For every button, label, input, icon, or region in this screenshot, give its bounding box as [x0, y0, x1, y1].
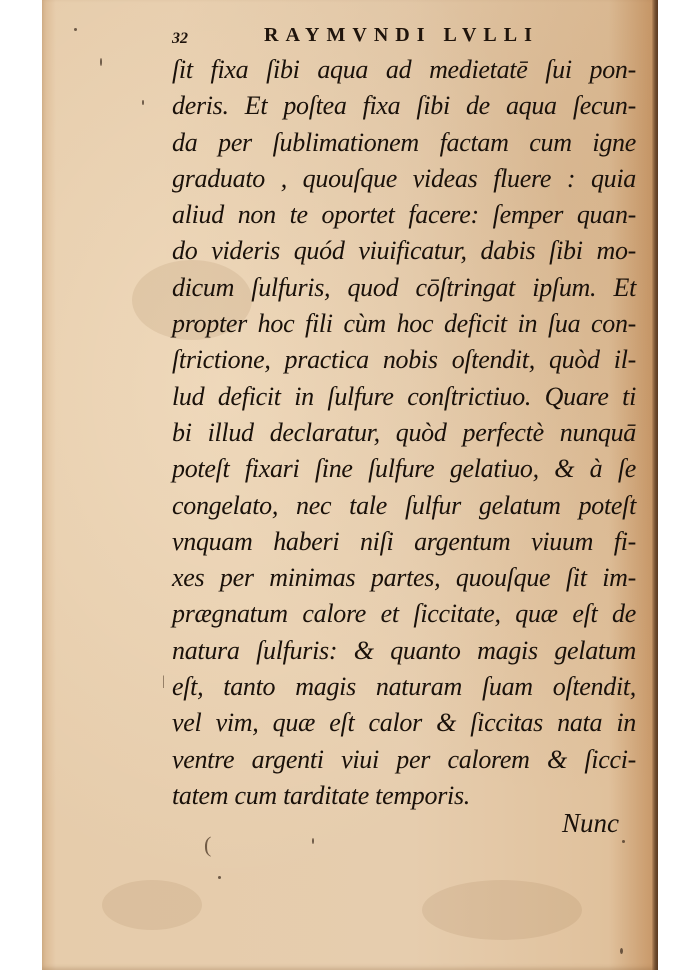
- text-line: natura ſulfuris: & quanto magis gelatum: [172, 633, 636, 669]
- text-line: vel vim, quæ eſt calor & ſiccitas nata i…: [172, 705, 636, 741]
- text-line: graduato , quouſque videas fluere : quia: [172, 161, 636, 197]
- text-line: do videris quód viuificatur, dabis ſibi …: [172, 233, 636, 269]
- margin-mark: |: [162, 674, 165, 690]
- paper-speck: [218, 876, 221, 879]
- scan-viewport: ( | 32 RAYMVNDI LVLLI ſit fixa ſibi aqua…: [0, 0, 690, 976]
- paper-speck: [312, 838, 314, 844]
- catchword: Nunc: [562, 808, 619, 839]
- text-line: dicum ſulfuris, quod cōſtringat ipſum. E…: [172, 270, 636, 306]
- page-number: 32: [172, 30, 188, 48]
- text-line: ventre argenti viui per calorem & ſicci-: [172, 742, 636, 778]
- text-line: ſtrictione, practica nobis oſtendit, quò…: [172, 342, 636, 378]
- text-line: propter hoc fili cùm hoc deficit in ſua …: [172, 306, 636, 342]
- text-line: xes per minimas partes, quouſque ſit im-: [172, 560, 636, 596]
- text-line: bi illud declaratur, quòd perfectè nunqu…: [172, 415, 636, 451]
- text-line: ſit fixa ſibi aqua ad medietatē ſui pon-: [172, 52, 636, 88]
- text-line: poteſt fixari ſine ſulfure gelatiuo, & à…: [172, 451, 636, 487]
- paper-speck: [100, 58, 102, 66]
- text-line: da per ſublimationem factam cum igne: [172, 125, 636, 161]
- text-line: lud deficit in ſulfure conſtrictiuo. Qua…: [172, 379, 636, 415]
- paper-stain: [422, 880, 582, 940]
- text-line: eſt, tanto magis naturam ſuam oſtendit,: [172, 669, 636, 705]
- running-head: 32 RAYMVNDI LVLLI: [172, 24, 612, 54]
- body-text: ſit fixa ſibi aqua ad medietatē ſui pon-…: [172, 52, 636, 814]
- text-line: congelato, nec tale ſulfur gelatum poteſ…: [172, 488, 636, 524]
- paper-speck: [74, 28, 77, 31]
- paper-speck: [142, 100, 144, 105]
- paper-speck: [622, 840, 625, 843]
- paper-stain: [102, 880, 202, 930]
- margin-mark: (: [204, 832, 211, 858]
- book-page: ( | 32 RAYMVNDI LVLLI ſit fixa ſibi aqua…: [42, 0, 658, 970]
- header-title: RAYMVNDI LVLLI: [264, 24, 539, 47]
- text-line: deris. Et poſtea fixa ſibi de aqua ſecun…: [172, 88, 636, 124]
- paper-speck: [620, 948, 623, 954]
- text-line: prægnatum calore et ſiccitate, quæ eſt d…: [172, 596, 636, 632]
- text-line: aliud non te oportet facere: ſemper quan…: [172, 197, 636, 233]
- page-gutter-edge: [652, 0, 658, 970]
- text-line: vnquam haberi niſi argentum viuum fi-: [172, 524, 636, 560]
